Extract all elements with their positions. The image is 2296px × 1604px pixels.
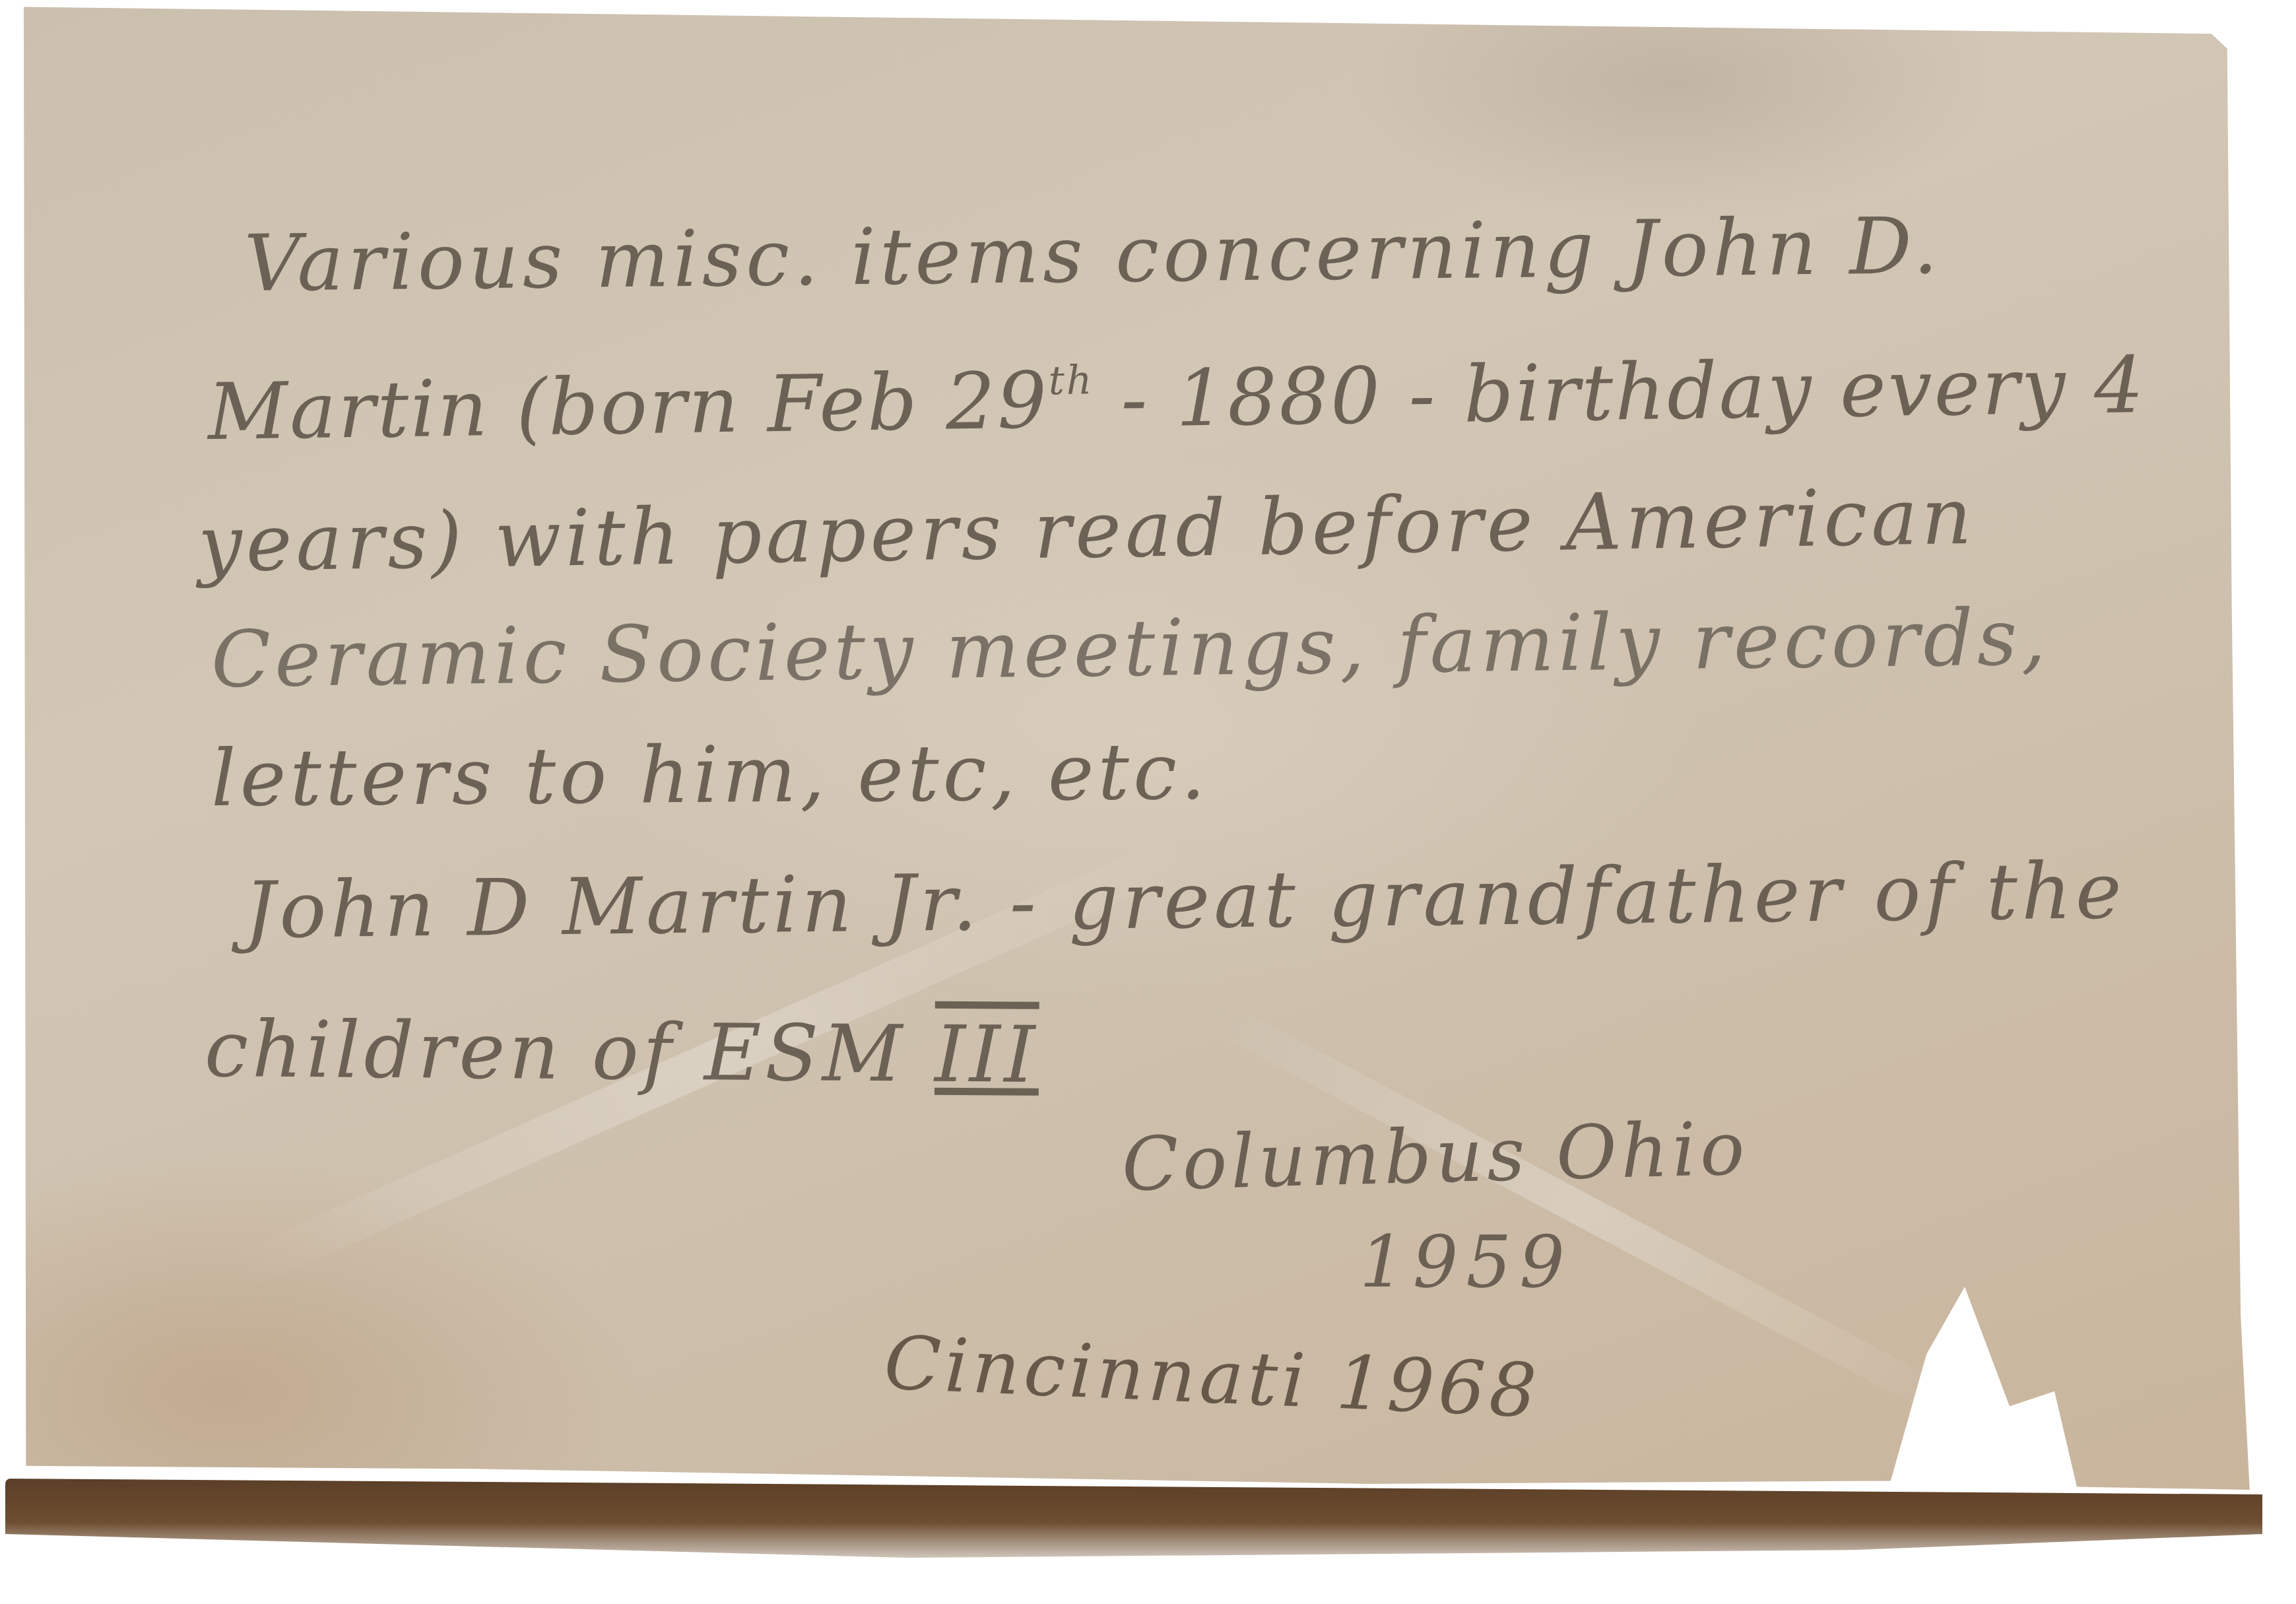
- roman-numeral: III: [935, 1009, 1039, 1100]
- signoff-year-1959: 1959: [1360, 1221, 1573, 1304]
- note-line-3: years) with papers read before American: [197, 471, 1977, 589]
- note-line-2-rest: - 1880 - birthday every 4: [1094, 339, 2146, 445]
- handwritten-note: Various misc. items concerning John D. M…: [0, 0, 2296, 1604]
- note-line-4: Ceramic Society meetings, family records…: [211, 591, 2050, 705]
- note-line-6: John D Martin Jr. - great grandfather of…: [244, 845, 2126, 956]
- document-photo: Various misc. items concerning John D. M…: [0, 0, 2296, 1604]
- note-line-5: letters to him, etc, etc.: [211, 725, 1210, 824]
- note-line-7: children of ESM III: [205, 1003, 1039, 1100]
- ordinal-suffix: th: [1048, 357, 1094, 404]
- signoff-place-columbus: Columbus Ohio: [1121, 1106, 1749, 1208]
- note-line-7-text: children of ESM: [205, 1003, 935, 1100]
- note-line-2: Martin (born Feb 29th - 1880 - birthday …: [207, 339, 2146, 457]
- note-line-2-text: Martin (born Feb 29: [207, 354, 1049, 457]
- note-line-1: Various misc. items concerning John D.: [244, 200, 1942, 309]
- signoff-place-cincinnati: Cincinnati 1968: [882, 1320, 1542, 1434]
